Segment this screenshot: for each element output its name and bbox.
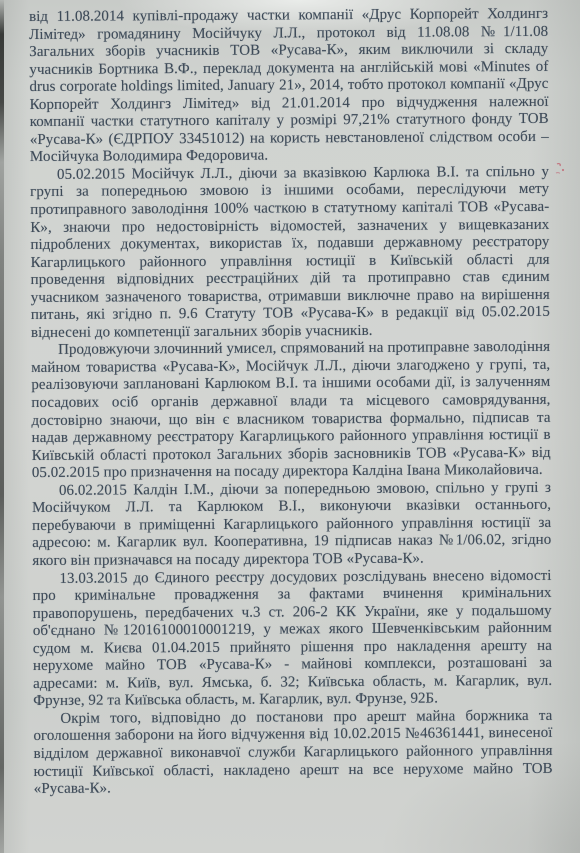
scanned-document-page: від 11.08.2014 купівлі-продажу частки ко… bbox=[0, 0, 580, 853]
red-pen-mark bbox=[553, 161, 569, 177]
paragraph-4: 06.02.2015 Калдін І.М., діючи за поперед… bbox=[32, 480, 552, 571]
document-text-block: від 11.08.2014 купівлі-продажу частки ко… bbox=[29, 6, 553, 799]
paragraph-3: Продовжуючи злочинний умисел, спрямовани… bbox=[31, 339, 551, 483]
page-left-edge-shadow bbox=[0, 0, 4, 853]
paragraph-2: 05.02.2015 Мосійчук Л.Л., діючи за вказі… bbox=[30, 164, 550, 343]
paragraph-5: 13.03.2015 до Єдиного реєстру досудових … bbox=[32, 567, 552, 711]
paragraph-6: Окрім того, відповідно до постанови про … bbox=[33, 708, 553, 799]
paragraph-1: від 11.08.2014 купівлі-продажу частки ко… bbox=[29, 6, 549, 167]
